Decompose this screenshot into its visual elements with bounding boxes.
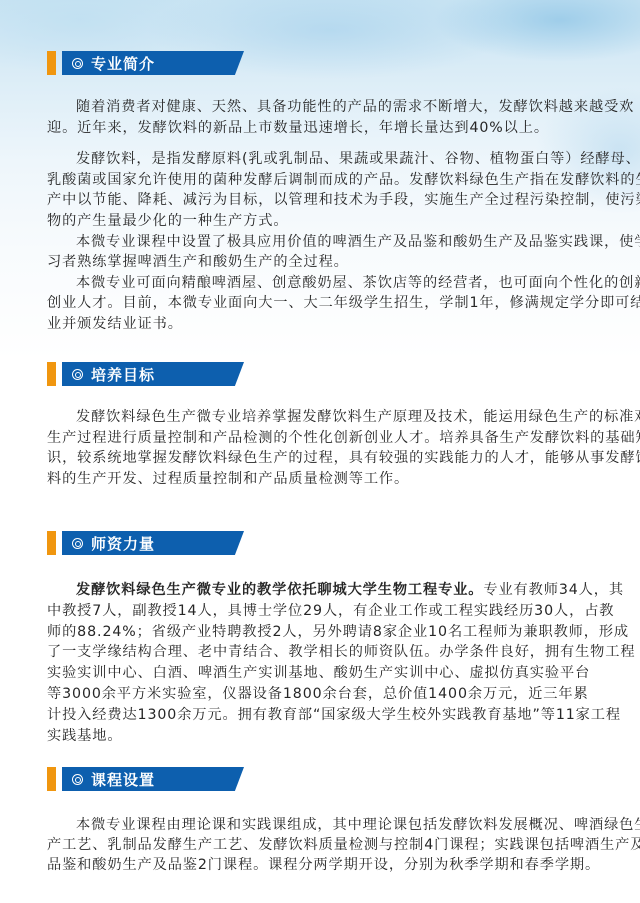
text-line: 生产过程进行质量控制和产品检测的个性化创新创业人才。培养具备生产发酵饮料的基础知 [47, 428, 603, 449]
section-title: 课程设置 [91, 769, 155, 790]
text-line: 创业人才。目前，本微专业面向大一、大二年级学生招生，学制1年，修满规定学分即可结 [47, 293, 603, 314]
paragraph: 随着消费者对健康、天然、具备功能性的产品的需求不断增大，发酵饮料越来越受欢 迎。… [47, 97, 603, 138]
paragraph: 本微专业可面向精酿啤酒屋、创意酸奶屋、茶饮店等的经营者，也可面向个性化的创新 创… [47, 273, 603, 335]
bold-lead-text: 发酵饮料绿色生产微专业的教学依托聊城大学生物工程专业。 [76, 582, 483, 598]
text-line: 了一支学缘结构合理、老中青结合、教学相长的师资队伍。办学条件良好，拥有生物工程 [47, 642, 603, 663]
text-line: 产中以节能、降耗、减污为目标，以管理和技术为手段，实施生产全过程污染控制，使污染 [47, 190, 603, 211]
section-header-faculty: 师资力量 [47, 531, 247, 555]
section-title: 专业简介 [91, 53, 155, 74]
paragraph: 本微专业课程中设置了极具应用价值的啤酒生产及品鉴和酸奶生产及品鉴实践课，使学 习… [47, 232, 603, 273]
double-circle-icon [72, 369, 83, 380]
text-line: 本微专业课程中设置了极具应用价值的啤酒生产及品鉴和酸奶生产及品鉴实践课，使学 [47, 232, 603, 253]
section-header-curriculum: 课程设置 [47, 767, 247, 791]
accent-bar [47, 531, 56, 555]
text-line: 料的生产开发、过程质量控制和产品质量检测等工作。 [47, 469, 603, 490]
section-header-intro: 专业简介 [47, 51, 247, 75]
section-body-intro: 随着消费者对健康、天然、具备功能性的产品的需求不断增大，发酵饮料越来越受欢 迎。… [47, 97, 603, 335]
accent-bar [47, 362, 56, 386]
paragraph: 发酵饮料，是指发酵原料(乳或乳制品、果蔬或果蔬汁、谷物、植物蛋白等）经酵母、 乳… [47, 149, 603, 231]
text-line: 迎。近年来，发酵饮料的新品上市数量迅速增长，年增长量达到40%以上。 [47, 118, 603, 139]
text-line: 乳酸菌或国家允许使用的菌种发酵后调制而成的产品。发酵饮料绿色生产指在发酵饮料的生 [47, 170, 603, 191]
text-line: 计投入经费达1300余万元。拥有教育部“国家级大学生校外实践教育基地”等11家工… [47, 705, 603, 726]
text-line: 发酵饮料，是指发酵原料(乳或乳制品、果蔬或果蔬汁、谷物、植物蛋白等）经酵母、 [47, 149, 603, 170]
text-line: 发酵饮料绿色生产微专业培养掌握发酵饮料生产原理及技术，能运用绿色生产的标准对 [47, 407, 603, 428]
paragraph: 发酵饮料绿色生产微专业培养掌握发酵饮料生产原理及技术，能运用绿色生产的标准对 生… [47, 407, 603, 489]
text-line: 实验实训中心、白酒、啤酒生产实训基地、酸奶生产实训中心、虚拟仿真实验平台 [47, 663, 603, 684]
section-body-faculty: 发酵饮料绿色生产微专业的教学依托聊城大学生物工程专业。专业有教师34人，其 中教… [47, 580, 603, 746]
paragraph: 本微专业课程由理论课和实践课组成，其中理论课包括发酵饮料发展概况、啤酒绿色生 产… [47, 816, 603, 875]
title-banner: 师资力量 [62, 531, 244, 555]
double-circle-icon [72, 774, 83, 785]
section-header-goals: 培养目标 [47, 362, 247, 386]
text-line: 产工艺、乳制品发酵生产工艺、发酵饮料质量检测与控制4门课程；实践课包括啤酒生产及 [47, 836, 603, 856]
text-line: 随着消费者对健康、天然、具备功能性的产品的需求不断增大，发酵饮料越来越受欢 [47, 97, 603, 118]
title-banner: 课程设置 [62, 767, 244, 791]
title-banner: 专业简介 [62, 51, 244, 75]
text-line: 品鉴和酸奶生产及品鉴2门课程。课程分两学期开设，分别为秋季学期和春季学期。 [47, 856, 603, 876]
text-line: 师的88.24%；省级产业特聘教授2人，另外聘请8家企业10名工程师为兼职教师，… [47, 622, 603, 643]
title-banner: 培养目标 [62, 362, 244, 386]
text-line: 物的产生量最少化的一种生产方式。 [47, 211, 603, 232]
section-body-goals: 发酵饮料绿色生产微专业培养掌握发酵饮料生产原理及技术，能运用绿色生产的标准对 生… [47, 407, 603, 489]
paragraph: 发酵饮料绿色生产微专业的教学依托聊城大学生物工程专业。专业有教师34人，其 中教… [47, 580, 603, 746]
text-line: 本微专业课程由理论课和实践课组成，其中理论课包括发酵饮料发展概况、啤酒绿色生 [47, 816, 603, 836]
text-line: 等3000余平方米实验室，仪器设备1800余台套，总价值1400余万元，近三年累 [47, 684, 603, 705]
accent-bar [47, 51, 56, 75]
double-circle-icon [72, 538, 83, 549]
text-line: 中教授7人，副教授14人，具博士学位29人，有企业工作或工程实践经历30人，占教 [47, 601, 603, 622]
section-title: 师资力量 [91, 533, 155, 554]
text-line: 识，较系统地掌握发酵饮料绿色生产的过程，具有较强的实践能力的人才，能够从事发酵饮 [47, 448, 603, 469]
text-line: 发酵饮料绿色生产微专业的教学依托聊城大学生物工程专业。专业有教师34人，其 [47, 580, 603, 601]
text-fragment: 专业有教师34人，其 [483, 582, 624, 598]
text-line: 习者熟练掌握啤酒生产和酸奶生产的全过程。 [47, 252, 603, 273]
double-circle-icon [72, 58, 83, 69]
text-line: 业并颁发结业证书。 [47, 314, 603, 335]
text-line: 实践基地。 [47, 726, 603, 747]
text-line: 本微专业可面向精酿啤酒屋、创意酸奶屋、茶饮店等的经营者，也可面向个性化的创新 [47, 273, 603, 294]
section-body-curriculum: 本微专业课程由理论课和实践课组成，其中理论课包括发酵饮料发展概况、啤酒绿色生 产… [47, 816, 603, 875]
section-title: 培养目标 [91, 364, 155, 385]
accent-bar [47, 767, 56, 791]
